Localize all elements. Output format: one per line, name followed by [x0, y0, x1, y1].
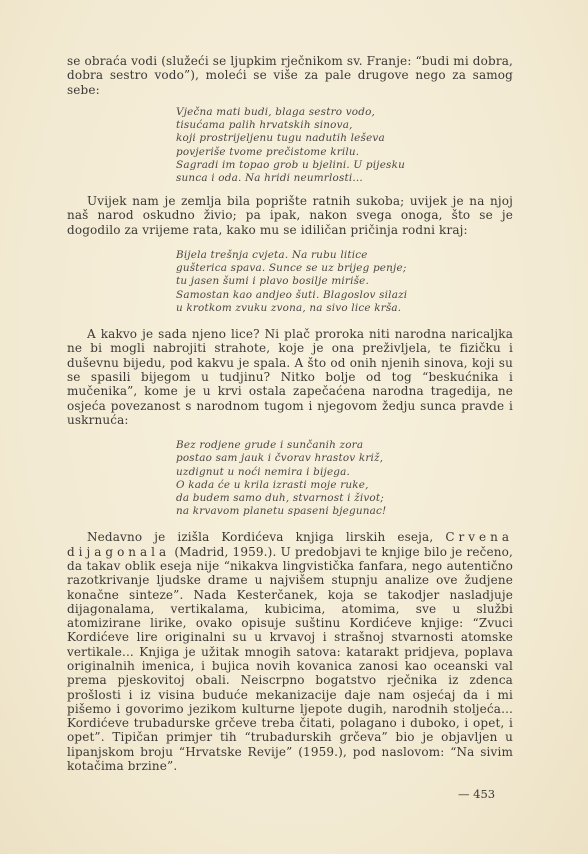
paragraph-1: se obraća vodi (služeći se ljupkim rječn… — [67, 54, 513, 97]
poem-line: Sagradi im topao grob u bjelini. U pijes… — [176, 159, 513, 172]
poem-line: sunca i oda. Na hridi neumrlosti... — [176, 172, 513, 185]
poem-line: Samostan kao andjeo šuti. Blagoslov sila… — [176, 289, 513, 302]
poem-line: da budem samo duh, stvarnost i život; — [176, 492, 513, 505]
poem-1: Vječna mati budi, blaga sestro vodo, tis… — [176, 106, 513, 185]
poem-3: Bez rodjene grude i sunčanih zora postao… — [176, 439, 513, 518]
poem-line: O kada će u krila izrasti moje ruke, — [176, 479, 513, 492]
paragraph-2: Uvijek nam je zemlja bila poprište ratni… — [67, 194, 513, 237]
poem-line: uzdignut u noći nemira i bijega. — [176, 466, 513, 479]
paragraph-3: A kakvo je sada njeno lice? Ni plač pror… — [67, 327, 513, 427]
poem-line: na krvavom planetu spaseni bjegunac! — [176, 505, 513, 518]
poem-line: Vječna mati budi, blaga sestro vodo, — [176, 106, 513, 119]
poem-line: Bijela trešnja cvjeta. Na rubu litice — [176, 249, 513, 262]
poem-line: tu jasen šumi i plavo bosilje miriše. — [176, 275, 513, 288]
paragraph-4-intro: Nedavno je izišla Kordićeva knjiga lirsk… — [87, 530, 433, 544]
poem-line: u krotkom zvuku zvona, na sivo lice krša… — [176, 302, 513, 315]
poem-line: koji prostrijeljenu tugu nadutih leševa — [176, 132, 513, 145]
page-number: — 453 — [458, 787, 495, 801]
poem-line: postao sam jauk i čvorav hrastov križ, — [176, 452, 513, 465]
poem-line: gušterica spava. Sunce se uz brijeg penj… — [176, 262, 513, 275]
paragraph-4: Nedavno je izišla Kordićeva knjiga lirsk… — [67, 530, 513, 773]
poem-line: Bez rodjene grude i sunčanih zora — [176, 439, 513, 452]
paragraph-4-rest: (Madrid, 1959.). U predobjavi te knjige … — [67, 545, 513, 773]
page-body: se obraća vodi (služeći se ljupkim rječn… — [67, 54, 513, 773]
poem-line: povjeriše tvome prečistome krilu. — [176, 146, 513, 159]
poem-line: tisućama palih hrvatskih sinova, — [176, 119, 513, 132]
poem-2: Bijela trešnja cvjeta. Na rubu litice gu… — [176, 249, 513, 315]
